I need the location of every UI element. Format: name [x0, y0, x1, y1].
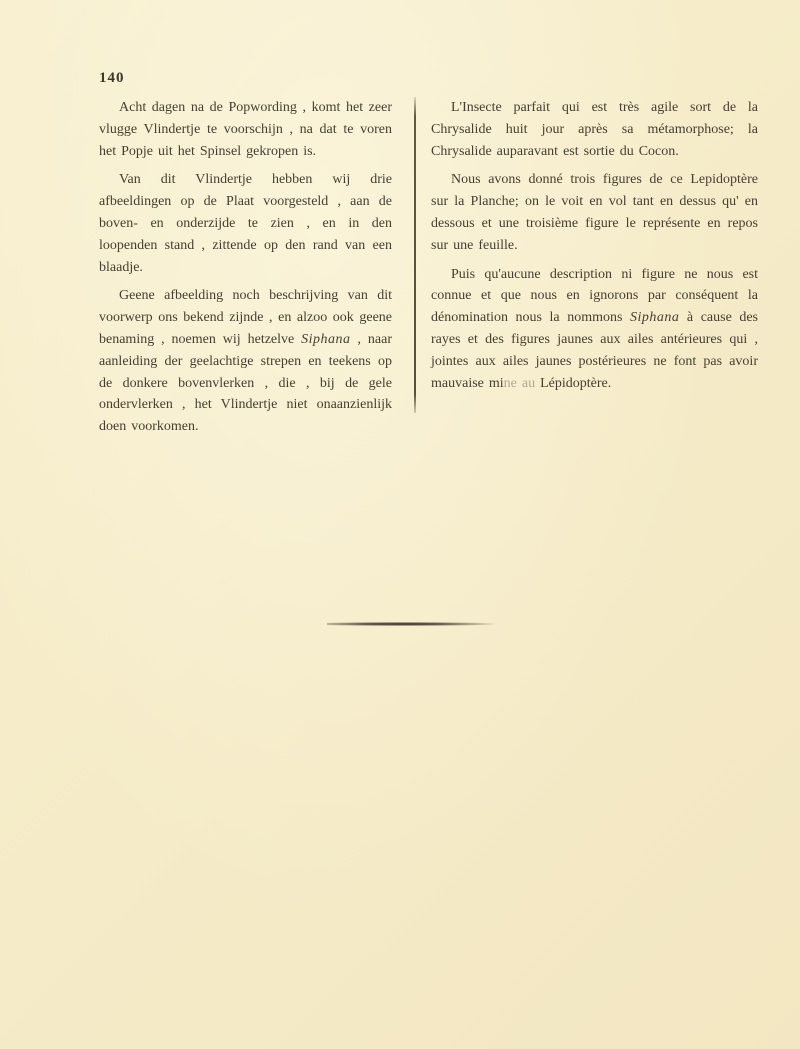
text-segment: ne au [504, 376, 535, 391]
text-segment: Acht dagen na de Popwording , komt het z… [99, 100, 392, 159]
species-name: Siphana [301, 332, 350, 347]
paragraph: Geene afbeelding noch beschrijving van d… [99, 285, 392, 438]
section-end-rule [327, 622, 494, 626]
text-segment: Van dit Vlindertje hebben wij drie afbee… [99, 172, 392, 274]
text-segment: , naar aanleiding der geelachtige strepe… [99, 332, 392, 434]
text-segment: Nous avons donné trois figures de ce Lep… [431, 172, 758, 252]
paragraph: Acht dagen na de Popwording , komt het z… [99, 97, 392, 162]
left-column-text: Acht dagen na de Popwording , komt het z… [99, 97, 392, 445]
paragraph: Van dit Vlindertje hebben wij drie afbee… [99, 169, 392, 278]
right-column-text: L'Insecte parfait qui est très agile sor… [431, 97, 758, 401]
species-name: Siphana [630, 310, 679, 325]
text-segment: L'Insecte parfait qui est très agile sor… [431, 100, 758, 159]
paragraph: Puis qu'aucune description ni figure ne … [431, 264, 758, 395]
book-page: 140 Acht dagen na de Popwording , komt h… [0, 0, 800, 1049]
paragraph: L'Insecte parfait qui est très agile sor… [431, 97, 758, 162]
text-segment: Lépidoptère. [535, 376, 611, 391]
page-number: 140 [99, 70, 125, 87]
paragraph: Nous avons donné trois figures de ce Lep… [431, 169, 758, 256]
column-divider-rule [414, 97, 416, 413]
